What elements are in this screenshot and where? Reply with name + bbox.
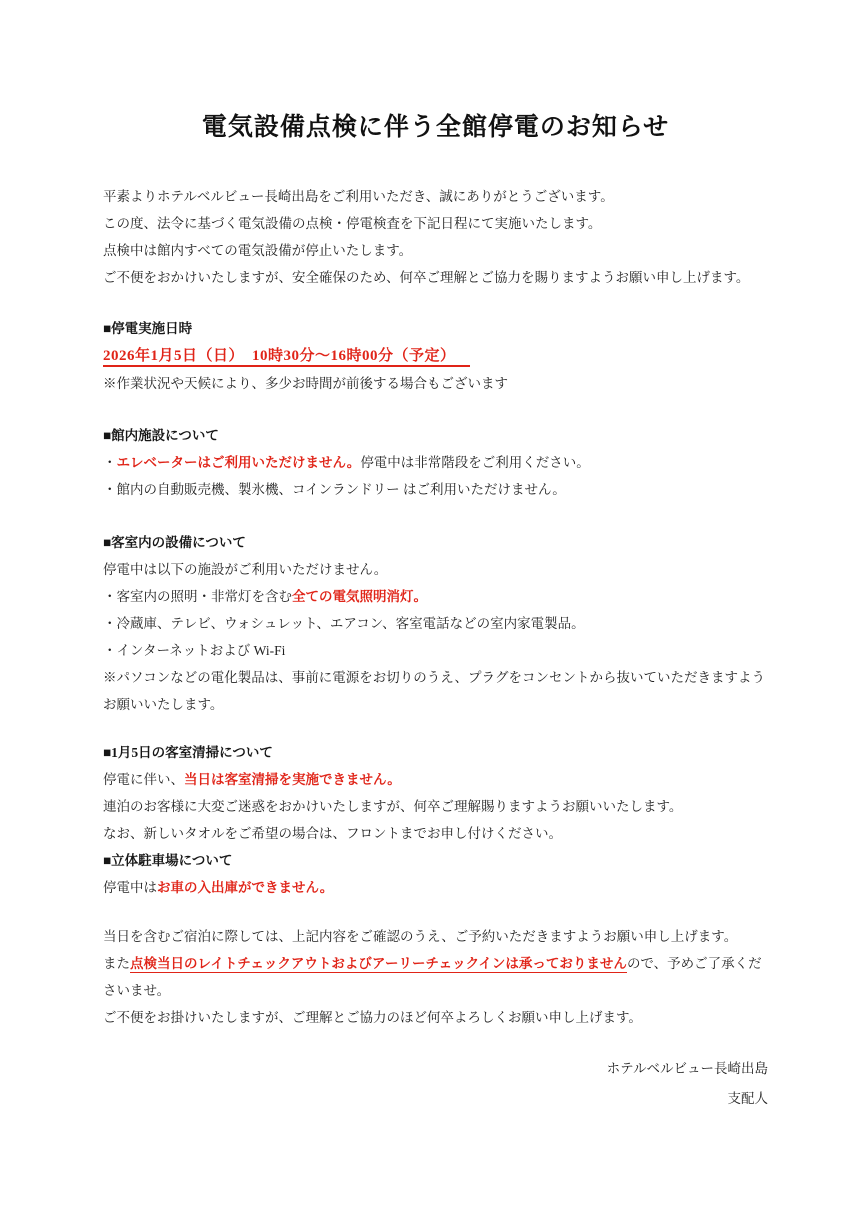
closing-line-1: 当日を含むご宿泊に際しては、上記内容をご確認のうえ、ご予約いただきますようお願い… bbox=[103, 923, 768, 950]
section-parking: ■立体駐車場について 停電中はお車の入出庫ができません。 bbox=[103, 847, 768, 901]
intro-line-2: この度、法令に基づく電気設備の点検・停電検査を下記日程にて実施いたします。 bbox=[103, 210, 768, 237]
section-outage-schedule: ■停電実施日時 2026年1月5日（日） 10時30分～16時00分（予定） ※… bbox=[103, 315, 768, 397]
parking-line-red: お車の入出庫ができません。 bbox=[157, 880, 333, 895]
outage-schedule-heading: ■停電実施日時 bbox=[103, 315, 768, 342]
signature-org: ホテルベルビュー長崎出島 bbox=[103, 1054, 768, 1084]
document-title: 電気設備点検に伴う全館停電のお知らせ bbox=[103, 110, 768, 146]
closing-line-2-red-underline: 点検当日のレイトチェックアウトおよびアーリーチェックインは承っておりません bbox=[130, 956, 627, 973]
parking-line: 停電中はお車の入出庫ができません。 bbox=[103, 874, 768, 901]
section-hotel-facilities: ■館内施設について ・エレベーターはご利用いただけません。停電中は非常階段をご利… bbox=[103, 422, 768, 503]
guest-room-lead: 停電中は以下の施設がご利用いただけません。 bbox=[103, 556, 768, 583]
room-item-appliances: ・冷蔵庫、テレビ、ウォシュレット、エアコン、客室電話などの室内家電製品。 bbox=[103, 610, 768, 637]
intro-paragraph: 平素よりホテルベルビュー長崎出島をご利用いただき、誠にありがとうございます。 こ… bbox=[103, 183, 768, 291]
parking-line-black: 停電中は bbox=[103, 880, 157, 895]
signature-block: ホテルベルビュー長崎出島 支配人 bbox=[103, 1054, 768, 1114]
closing-line-3: ご不便をお掛けいたしますが、ご理解とご協力のほど何卒よろしくお願い申し上げます。 bbox=[103, 1004, 768, 1031]
section-room-cleaning: ■1月5日の客室清掃について 停電に伴い、当日は客室清掃を実施できません。 連泊… bbox=[103, 739, 768, 847]
facilities-item-elevator-rest: 停電中は非常階段をご利用ください。 bbox=[360, 455, 590, 470]
guest-room-heading: ■客室内の設備について bbox=[103, 529, 768, 556]
hotel-facilities-heading: ■館内施設について bbox=[103, 422, 768, 449]
outage-datetime-text: 2026年1月5日（日） 10時30分～16時00分（予定） bbox=[103, 348, 470, 367]
room-item-lighting: ・客室内の照明・非常灯を含む全ての電気照明消灯。 bbox=[103, 583, 768, 610]
facilities-item-vending: ・館内の自動販売機、製氷機、コインランドリー はご利用いただけません。 bbox=[103, 476, 768, 503]
room-item-lighting-red: 全ての電気照明消灯。 bbox=[292, 589, 427, 604]
parking-heading: ■立体駐車場について bbox=[103, 847, 768, 874]
closing-line-2-black1: また bbox=[103, 956, 130, 971]
facilities-item-elevator: ・エレベーターはご利用いただけません。停電中は非常階段をご利用ください。 bbox=[103, 449, 768, 476]
intro-line-4: ご不便をおかけいたしますが、安全確保のため、何卒ご理解とご協力を賜りますようお願… bbox=[103, 264, 768, 291]
cleaning-line-3: なお、新しいタオルをご希望の場合は、フロントまでお申し付けください。 bbox=[103, 820, 768, 847]
cleaning-line-1-red: 当日は客室清掃を実施できません。 bbox=[184, 772, 401, 787]
room-item-internet: ・インターネットおよび Wi-Fi bbox=[103, 637, 768, 664]
outage-schedule-note: ※作業状況や天候により、多少お時間が前後する場合もございます bbox=[103, 370, 768, 397]
section-guest-room-equipment: ■客室内の設備について 停電中は以下の施設がご利用いただけません。 ・客室内の照… bbox=[103, 529, 768, 718]
notice-document: 電気設備点検に伴う全館停電のお知らせ 平素よりホテルベルビュー長崎出島をご利用い… bbox=[0, 0, 868, 1228]
cleaning-line-1: 停電に伴い、当日は客室清掃を実施できません。 bbox=[103, 766, 768, 793]
facilities-item-elevator-warning: エレベーターはご利用いただけません。 bbox=[117, 455, 361, 470]
room-cleaning-heading: ■1月5日の客室清掃について bbox=[103, 739, 768, 766]
room-note-pc: ※パソコンなどの電化製品は、事前に電源をお切りのうえ、プラグをコンセントから抜い… bbox=[103, 664, 768, 718]
intro-line-3: 点検中は館内すべての電気設備が停止いたします。 bbox=[103, 237, 768, 264]
cleaning-line-1-black: 停電に伴い、 bbox=[103, 772, 184, 787]
facilities-item-bullet: ・ bbox=[103, 455, 117, 470]
signature-role: 支配人 bbox=[103, 1084, 768, 1114]
intro-line-1: 平素よりホテルベルビュー長崎出島をご利用いただき、誠にありがとうございます。 bbox=[103, 183, 768, 210]
room-item-lighting-black: ・客室内の照明・非常灯を含む bbox=[103, 589, 292, 604]
cleaning-line-2: 連泊のお客様に大変ご迷惑をおかけいたしますが、何卒ご理解賜りますようお願いいたし… bbox=[103, 793, 768, 820]
closing-line-2: また点検当日のレイトチェックアウトおよびアーリーチェックインは承っておりませんの… bbox=[103, 950, 768, 1004]
closing-paragraph: 当日を含むご宿泊に際しては、上記内容をご確認のうえ、ご予約いただきますようお願い… bbox=[103, 923, 768, 1031]
outage-datetime-line: 2026年1月5日（日） 10時30分～16時00分（予定） bbox=[103, 342, 768, 370]
